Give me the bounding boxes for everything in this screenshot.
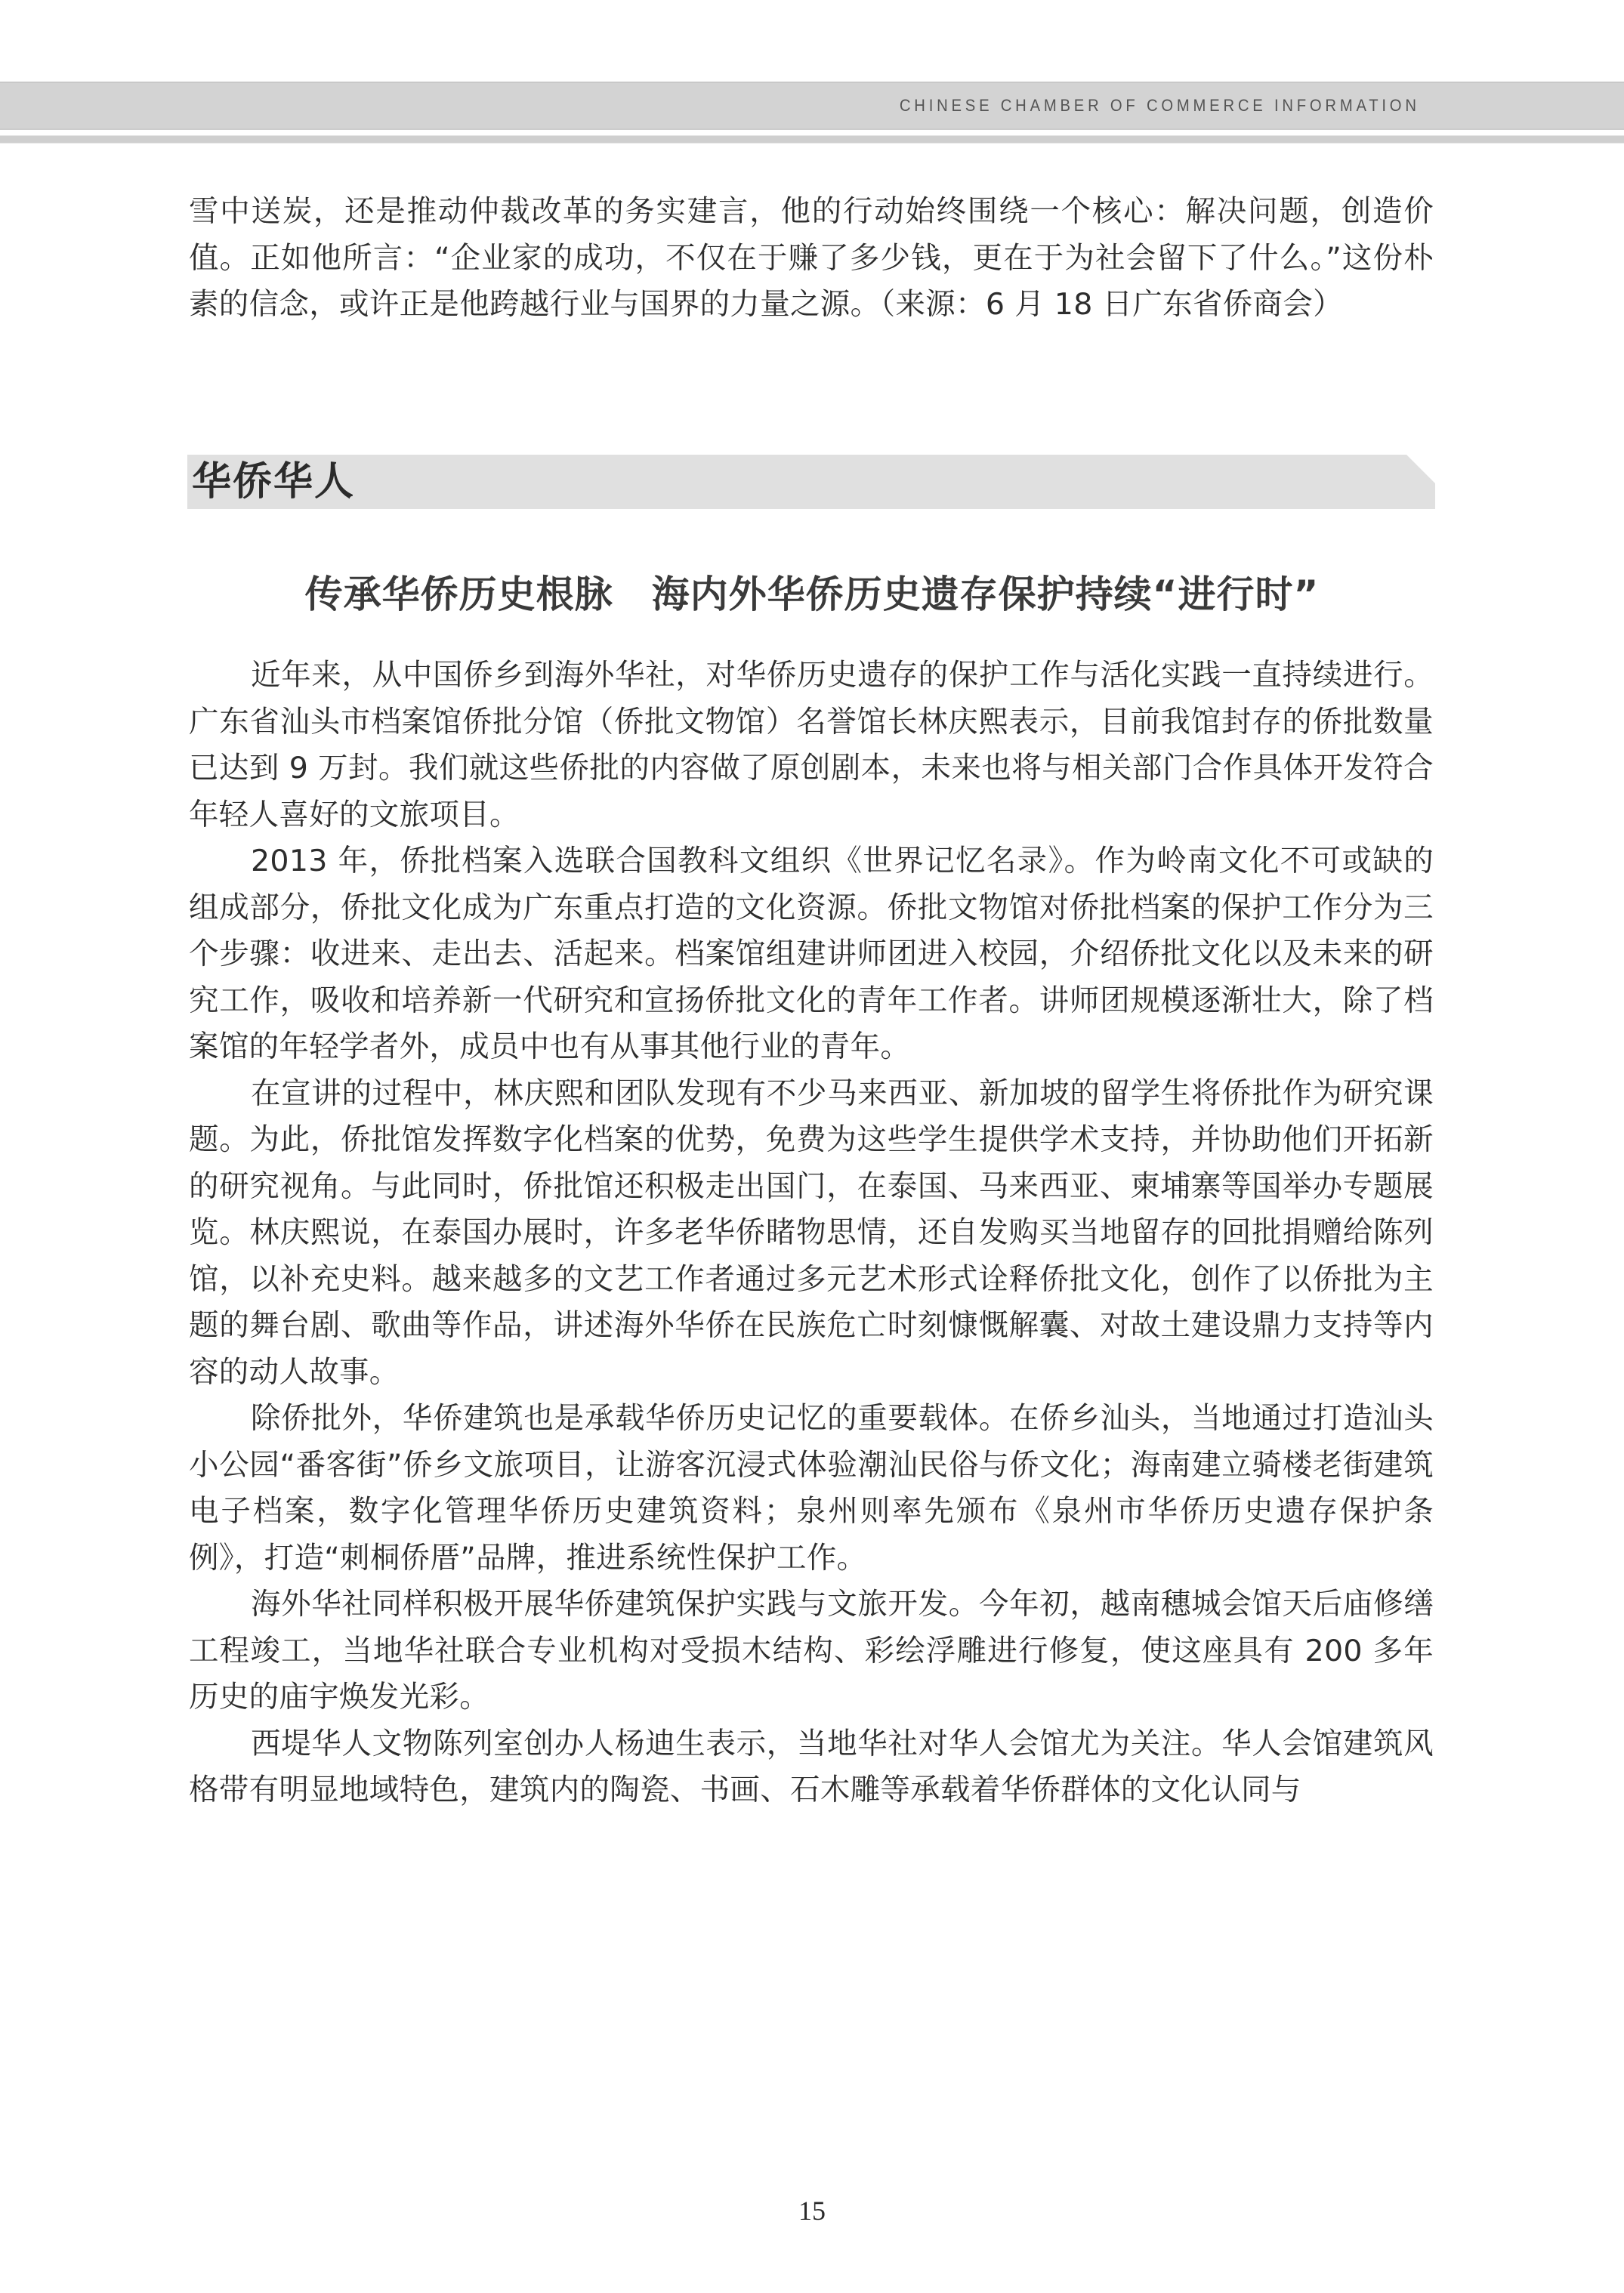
paragraph: 西堤华人文物陈列室创办人杨迪生表示，当地华社对华人会馆尤为关注。华人会馆建筑风格… — [189, 1721, 1434, 1814]
article-body: 近年来，从中国侨乡到海外华社，对华侨历史遗存的保护工作与活化实践一直持续进行。广… — [189, 653, 1434, 1814]
header-divider — [0, 135, 1624, 144]
section-header-bar: 华侨华人 — [187, 455, 1435, 509]
article-title: 传承华侨历史根脉 海内外华侨历史遗存保护持续“进行时” — [0, 568, 1624, 621]
paragraph: 雪中送炭，还是推动仲裁改革的务实建言，他的行动始终围绕一个核心：解决问题，创造价… — [189, 189, 1434, 329]
paragraph: 海外华社同样积极开展华侨建筑保护实践与文旅开发。今年初，越南穗城会馆天后庙修缮工… — [189, 1582, 1434, 1721]
paragraph: 除侨批外，华侨建筑也是承载华侨历史记忆的重要载体。在侨乡汕头，当地通过打造汕头小… — [189, 1396, 1434, 1582]
running-header-band: CHINESE CHAMBER OF COMMERCE INFORMATION — [0, 82, 1624, 130]
previous-article-tail: 雪中送炭，还是推动仲裁改革的务实建言，他的行动始终围绕一个核心：解决问题，创造价… — [189, 189, 1434, 329]
paragraph: 2013 年，侨批档案入选联合国教科文组织《世界记忆名录》。作为岭南文化不可或缺… — [189, 838, 1434, 1071]
paragraph: 近年来，从中国侨乡到海外华社，对华侨历史遗存的保护工作与活化实践一直持续进行。广… — [189, 653, 1434, 838]
section-title: 华侨华人 — [192, 458, 355, 506]
page-number: 15 — [0, 2195, 1624, 2227]
publication-name: CHINESE CHAMBER OF COMMERCE INFORMATION — [900, 96, 1420, 116]
paragraph: 在宣讲的过程中，林庆熙和团队发现有不少马来西亚、新加坡的留学生将侨批作为研究课题… — [189, 1071, 1434, 1396]
